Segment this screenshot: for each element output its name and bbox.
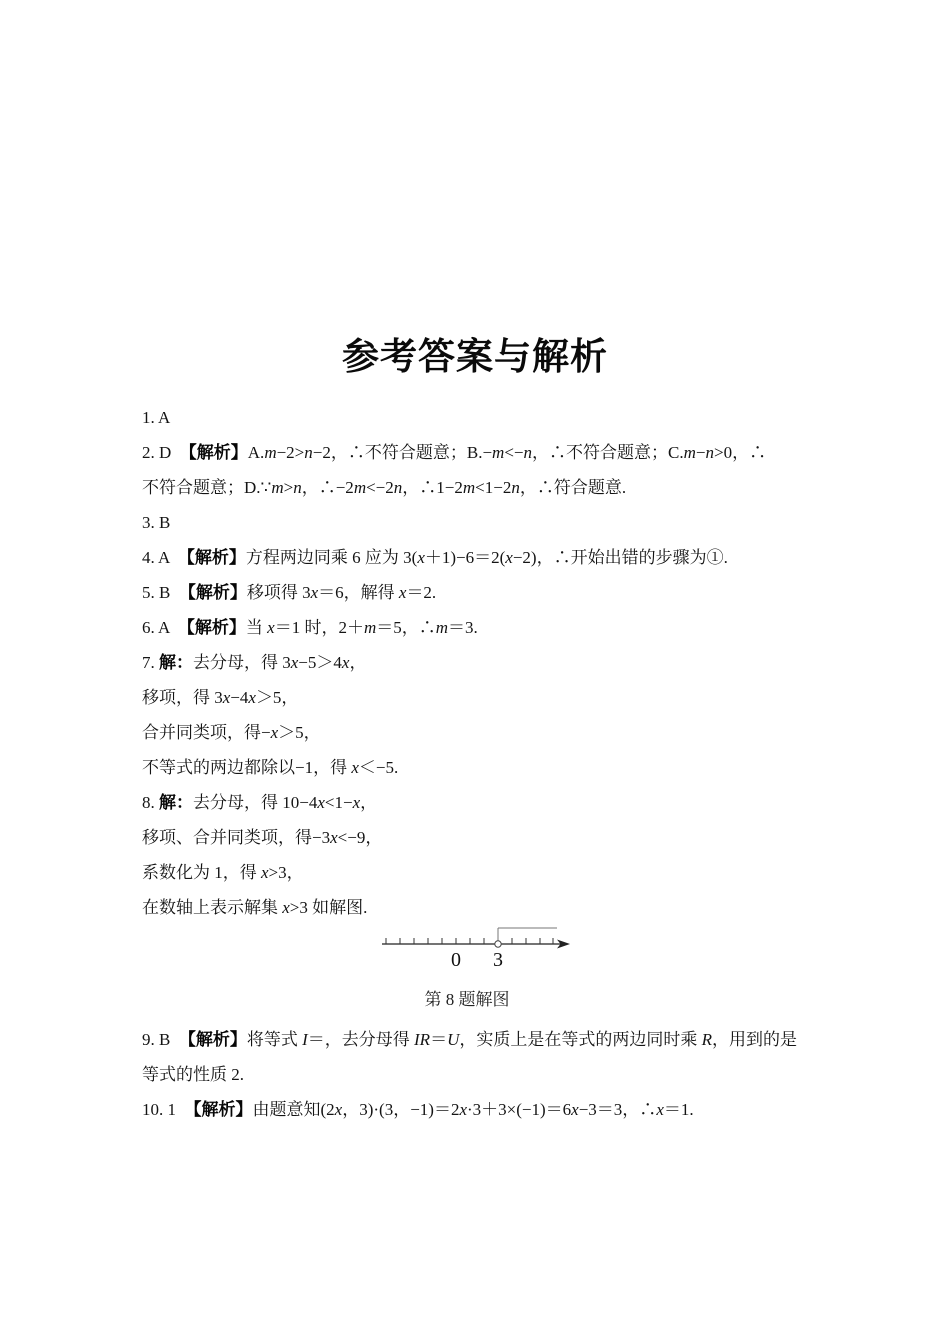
text-run: ，∴不符合题意；C. <box>532 443 684 462</box>
text-run: x <box>353 793 361 812</box>
text-run: >3， <box>269 863 304 882</box>
text-run: −5＞4 <box>298 653 342 672</box>
text-run: x <box>282 898 290 917</box>
text-run: <1− <box>325 793 353 812</box>
text-run: U <box>447 1030 459 1049</box>
answer-line-8c: 系数化为 1，得 x>3， <box>142 855 842 890</box>
text-run: 【解析】 <box>186 548 246 567</box>
answer-line-7d: 不等式的两边都除以−1，得 x＜−5. <box>142 750 842 785</box>
text-run: m <box>264 443 276 462</box>
answer-line-10: 10. 1 【解析】由题意知(2x，3)·(3，−1)＝2x·3＋3×(−1)＝… <box>142 1092 842 1127</box>
text-run: A. <box>248 443 265 462</box>
text-run <box>169 618 186 637</box>
text-run: m <box>684 443 696 462</box>
number-line-svg: 0 3 <box>378 914 578 972</box>
text-run: 移项得 3 <box>247 583 311 602</box>
answer-line-7b: 移项，得 3x−4x＞5， <box>142 680 842 715</box>
text-run: 8. <box>142 793 159 812</box>
text-run: IR <box>414 1030 430 1049</box>
text-run: 4. A <box>142 548 169 567</box>
text-run: ，∴符合题意. <box>520 478 626 497</box>
text-run: x <box>656 1100 664 1119</box>
answer-line-7c: 合并同类项，得−x＞5， <box>142 715 842 750</box>
text-run: −4 <box>230 688 248 707</box>
text-run: 【解析】 <box>186 618 246 637</box>
answer-line-7: 7. 解：去分母，得 3x−5＞4x， <box>142 645 842 680</box>
text-run: x <box>317 793 325 812</box>
text-run: <−2 <box>366 478 394 497</box>
text-run: ，∴1−2 <box>402 478 463 497</box>
text-run: ＞5， <box>256 688 299 707</box>
text-run: 当 <box>246 618 267 637</box>
answer-line-2: 2. D 【解析】A.m−2>n−2，∴不符合题意；B.−m<−n，∴不符合题意… <box>142 435 842 470</box>
text-run: ＜−5. <box>359 758 398 777</box>
answers-block-2: 9. B 【解析】将等式 I＝，去分母得 IR＝U，实质上是在等式的两边同时乘 … <box>142 1022 842 1127</box>
text-run: 【解析】 <box>193 1100 253 1119</box>
answer-line-5: 5. B 【解析】移项得 3x＝6，解得 x＝2. <box>142 575 842 610</box>
text-run: 移项、合并同类项，得−3 <box>142 828 330 847</box>
text-run: >0，∴ <box>714 443 766 462</box>
text-run: ，∴−2 <box>302 478 354 497</box>
text-run: x <box>459 1100 467 1119</box>
answer-line-3: 3. B <box>142 505 842 540</box>
answers-block-1: 1. A 2. D 【解析】A.m−2>n−2，∴不符合题意；B.−m<−n，∴… <box>142 400 842 925</box>
text-run: n <box>293 478 302 497</box>
open-circle-at-3 <box>495 941 501 947</box>
text-run: x <box>248 688 256 707</box>
text-run: ＝1. <box>664 1100 694 1119</box>
answer-line-9: 9. B 【解析】将等式 I＝，去分母得 IR＝U，实质上是在等式的两边同时乘 … <box>142 1022 842 1057</box>
text-run: 3. B <box>142 513 170 532</box>
answer-line-8: 8. 解：去分母，得 10−4x<1−x， <box>142 785 842 820</box>
text-run: 1. A <box>142 408 170 427</box>
text-run: 【解析】 <box>188 443 248 462</box>
text-run: 去分母，得 3 <box>193 653 291 672</box>
text-run: −2，∴不符合题意；B.− <box>313 443 492 462</box>
text-run: ，实质上是在等式的两边同时乘 <box>459 1030 701 1049</box>
text-run <box>169 548 186 567</box>
text-run: n <box>524 443 533 462</box>
text-run: 在数轴上表示解集 <box>142 898 282 917</box>
text-run: 9. B <box>142 1030 170 1049</box>
text-run: m <box>436 618 448 637</box>
text-run: ＝3. <box>448 618 478 637</box>
text-run: 7. <box>142 653 159 672</box>
text-run: 合并同类项，得− <box>142 723 271 742</box>
text-run: 不等式的两边都除以−1，得 <box>142 758 351 777</box>
text-run: x <box>267 618 275 637</box>
page-title: 参考答案与解析 <box>0 334 950 380</box>
figure-caption: 第 8 题解图 <box>142 988 792 1012</box>
text-run: <1−2 <box>475 478 511 497</box>
text-run: <− <box>504 443 523 462</box>
tick-label-0: 0 <box>451 949 461 971</box>
text-run: 【解析】 <box>187 583 247 602</box>
answer-line-6: 6. A 【解析】当 x＝1 时，2＋m＝5，∴m＝3. <box>142 610 842 645</box>
text-run: m <box>354 478 366 497</box>
text-run: x <box>330 828 338 847</box>
text-run: ＝6，解得 <box>318 583 399 602</box>
text-run: 去分母，得 10−4 <box>193 793 317 812</box>
text-run: 将等式 <box>247 1030 302 1049</box>
text-run: x <box>571 1100 579 1119</box>
text-run: 移项，得 3 <box>142 688 223 707</box>
text-run: <−9， <box>338 828 383 847</box>
text-run: −2> <box>277 443 305 462</box>
text-run: 解： <box>159 793 193 812</box>
text-run: ＞5， <box>278 723 321 742</box>
text-run: ＝ <box>430 1030 447 1049</box>
text-run: 10. 1 <box>142 1100 176 1119</box>
text-run: 5. B <box>142 583 170 602</box>
text-run: ， <box>360 793 377 812</box>
text-run: x <box>417 548 425 567</box>
text-run: ，3)·(3，−1)＝2 <box>342 1100 459 1119</box>
text-run: R <box>702 1030 712 1049</box>
text-run: x <box>351 758 359 777</box>
text-run: m <box>364 618 376 637</box>
text-run: x <box>271 723 279 742</box>
number-line-figure: 0 3 <box>378 914 578 972</box>
text-run: ＋1)−6＝2( <box>425 548 505 567</box>
text-run: n <box>394 478 403 497</box>
text-run: −2)，∴开始出错的步骤为①. <box>513 548 728 567</box>
answer-line-1: 1. A <box>142 400 842 435</box>
tick-label-3: 3 <box>493 949 503 971</box>
text-run: 方程两边同乘 6 应为 3( <box>246 548 417 567</box>
text-run: > <box>284 478 294 497</box>
text-run <box>170 1030 187 1049</box>
text-run: ，用到的是 <box>712 1030 797 1049</box>
text-run: n <box>705 443 714 462</box>
text-run: x <box>505 548 513 567</box>
answer-key-page: 参考答案与解析 1. A 2. D 【解析】A.m−2>n−2，∴不符合题意；B… <box>0 0 950 1344</box>
text-run: m <box>271 478 283 497</box>
text-run: m <box>463 478 475 497</box>
text-run: m <box>492 443 504 462</box>
text-run <box>176 1100 193 1119</box>
text-run: ＝，去分母得 <box>308 1030 414 1049</box>
text-run: 等式的性质 2. <box>142 1065 244 1084</box>
answer-line-2b: 不符合题意；D.∵m>n，∴−2m<−2n，∴1−2m<1−2n，∴符合题意. <box>142 470 842 505</box>
text-run: ， <box>349 653 366 672</box>
answer-line-4: 4. A 【解析】方程两边同乘 6 应为 3(x＋1)−6＝2(x−2)，∴开始… <box>142 540 842 575</box>
text-run: ·3＋3×(−1)＝6 <box>467 1100 571 1119</box>
text-run: 不符合题意；D.∵ <box>142 478 271 497</box>
answer-line-8b: 移项、合并同类项，得−3x<−9， <box>142 820 842 855</box>
text-run: x <box>261 863 269 882</box>
text-run: n <box>511 478 520 497</box>
text-run: 【解析】 <box>187 1030 247 1049</box>
text-run: ＝2. <box>406 583 436 602</box>
text-run: 解： <box>159 653 193 672</box>
text-run: >3 如解图. <box>290 898 368 917</box>
text-run: 6. A <box>142 618 169 637</box>
text-run: −3＝3，∴ <box>579 1100 657 1119</box>
text-run: 系数化为 1，得 <box>142 863 261 882</box>
text-run: n <box>304 443 313 462</box>
axis-ticks <box>386 938 553 944</box>
text-run: x <box>311 583 319 602</box>
text-run: ＝1 时，2＋ <box>275 618 364 637</box>
text-run: 由题意知(2 <box>253 1100 335 1119</box>
text-run <box>171 443 188 462</box>
text-run <box>170 583 187 602</box>
text-run: 2. D <box>142 443 171 462</box>
text-run: ＝5，∴ <box>376 618 436 637</box>
answer-line-9b: 等式的性质 2. <box>142 1057 842 1092</box>
